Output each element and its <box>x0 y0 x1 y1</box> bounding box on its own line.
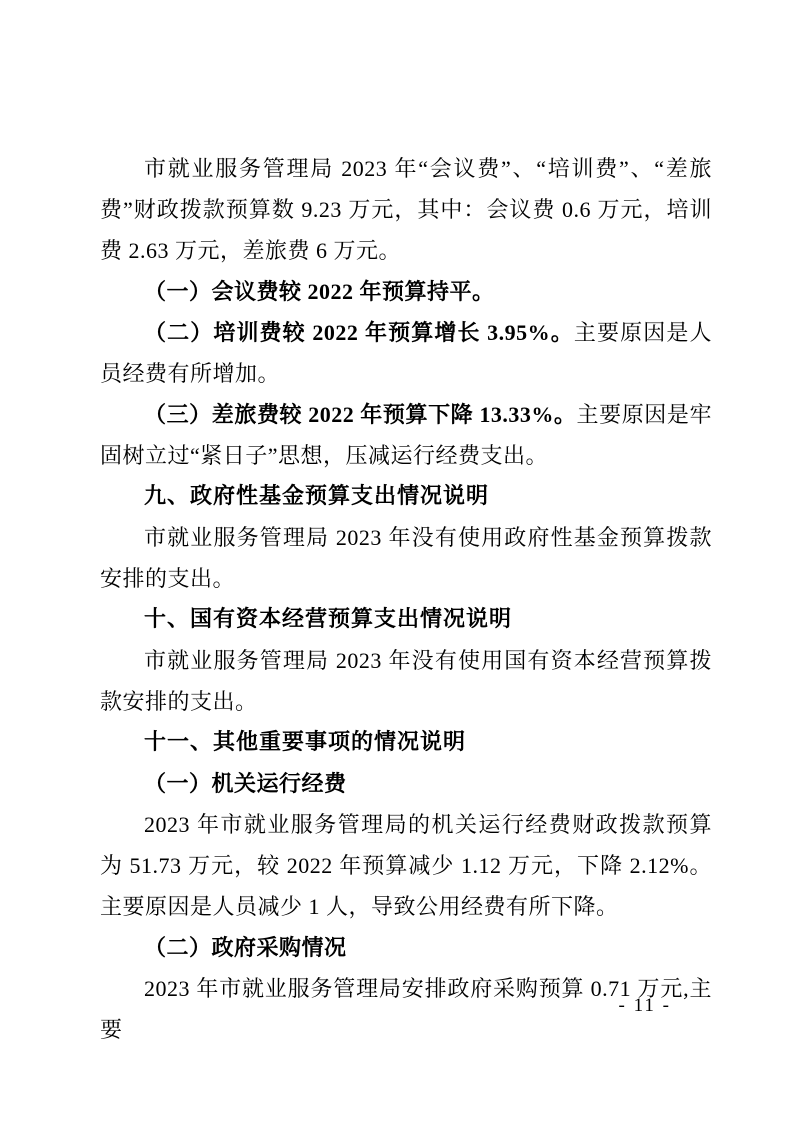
heading-section-ten: 十、国有资本经营预算支出情况说明 <box>100 599 712 640</box>
heading-section-eleven: 十一、其他重要事项的情况说明 <box>100 722 712 763</box>
para-state-capital-budget: 市就业服务管理局 2023 年没有使用国有资本经营预算拨款安排的支出。 <box>100 640 712 722</box>
subhead-agency-operation: （一）机关运行经费 <box>100 763 712 804</box>
para-gov-fund-budget-text: 市就业服务管理局 2023 年没有使用政府性基金预算拨款安排的支出。 <box>100 525 712 591</box>
heading-section-nine: 九、政府性基金预算支出情况说明 <box>100 476 712 517</box>
subhead-meeting-fee: （一）会议费较 2022 年预算持平。 <box>100 271 712 312</box>
para-expense-overview: 市就业服务管理局 2023 年“会议费”、“培训费”、“差旅费”财政拨款预算数 … <box>100 148 712 271</box>
subhead-meeting-fee-text: （一）会议费较 2022 年预算持平。 <box>144 279 495 304</box>
document-page: 市就业服务管理局 2023 年“会议费”、“培训费”、“差旅费”财政拨款预算数 … <box>0 0 793 1122</box>
heading-section-nine-text: 九、政府性基金预算支出情况说明 <box>144 484 489 509</box>
subhead-agency-operation-text: （一）机关运行经费 <box>144 771 347 796</box>
heading-section-eleven-text: 十一、其他重要事项的情况说明 <box>144 730 466 755</box>
heading-section-ten-text: 十、国有资本经营预算支出情况说明 <box>144 607 512 632</box>
page-number: - 11 - <box>619 995 671 1016</box>
subhead-gov-procurement-text: （二）政府采购情况 <box>144 935 347 960</box>
subhead-training-fee-text: （二）培训费较 2022 年预算增长 3.95%。 <box>144 320 574 345</box>
para-agency-operation-detail: 2023 年市就业服务管理局的机关运行经费财政拨款预算为 51.73 万元，较 … <box>100 804 712 927</box>
subhead-travel-fee: （三）差旅费较 2022 年预算下降 13.33%。主要原因是牢固树立过“紧日子… <box>100 394 712 476</box>
para-state-capital-budget-text: 市就业服务管理局 2023 年没有使用国有资本经营预算拨款安排的支出。 <box>100 648 712 714</box>
para-gov-fund-budget: 市就业服务管理局 2023 年没有使用政府性基金预算拨款安排的支出。 <box>100 517 712 599</box>
para-agency-operation-detail-text: 2023 年市就业服务管理局的机关运行经费财政拨款预算为 51.73 万元，较 … <box>100 812 712 919</box>
document-content: 市就业服务管理局 2023 年“会议费”、“培训费”、“差旅费”财政拨款预算数 … <box>100 148 712 1050</box>
page-footer: - 11 - <box>619 994 671 1018</box>
subhead-training-fee: （二）培训费较 2022 年预算增长 3.95%。主要原因是人员经费有所增加。 <box>100 312 712 394</box>
subhead-gov-procurement: （二）政府采购情况 <box>100 927 712 968</box>
para-expense-overview-text: 市就业服务管理局 2023 年“会议费”、“培训费”、“差旅费”财政拨款预算数 … <box>100 156 712 263</box>
subhead-travel-fee-text: （三）差旅费较 2022 年预算下降 13.33%。 <box>144 402 577 427</box>
